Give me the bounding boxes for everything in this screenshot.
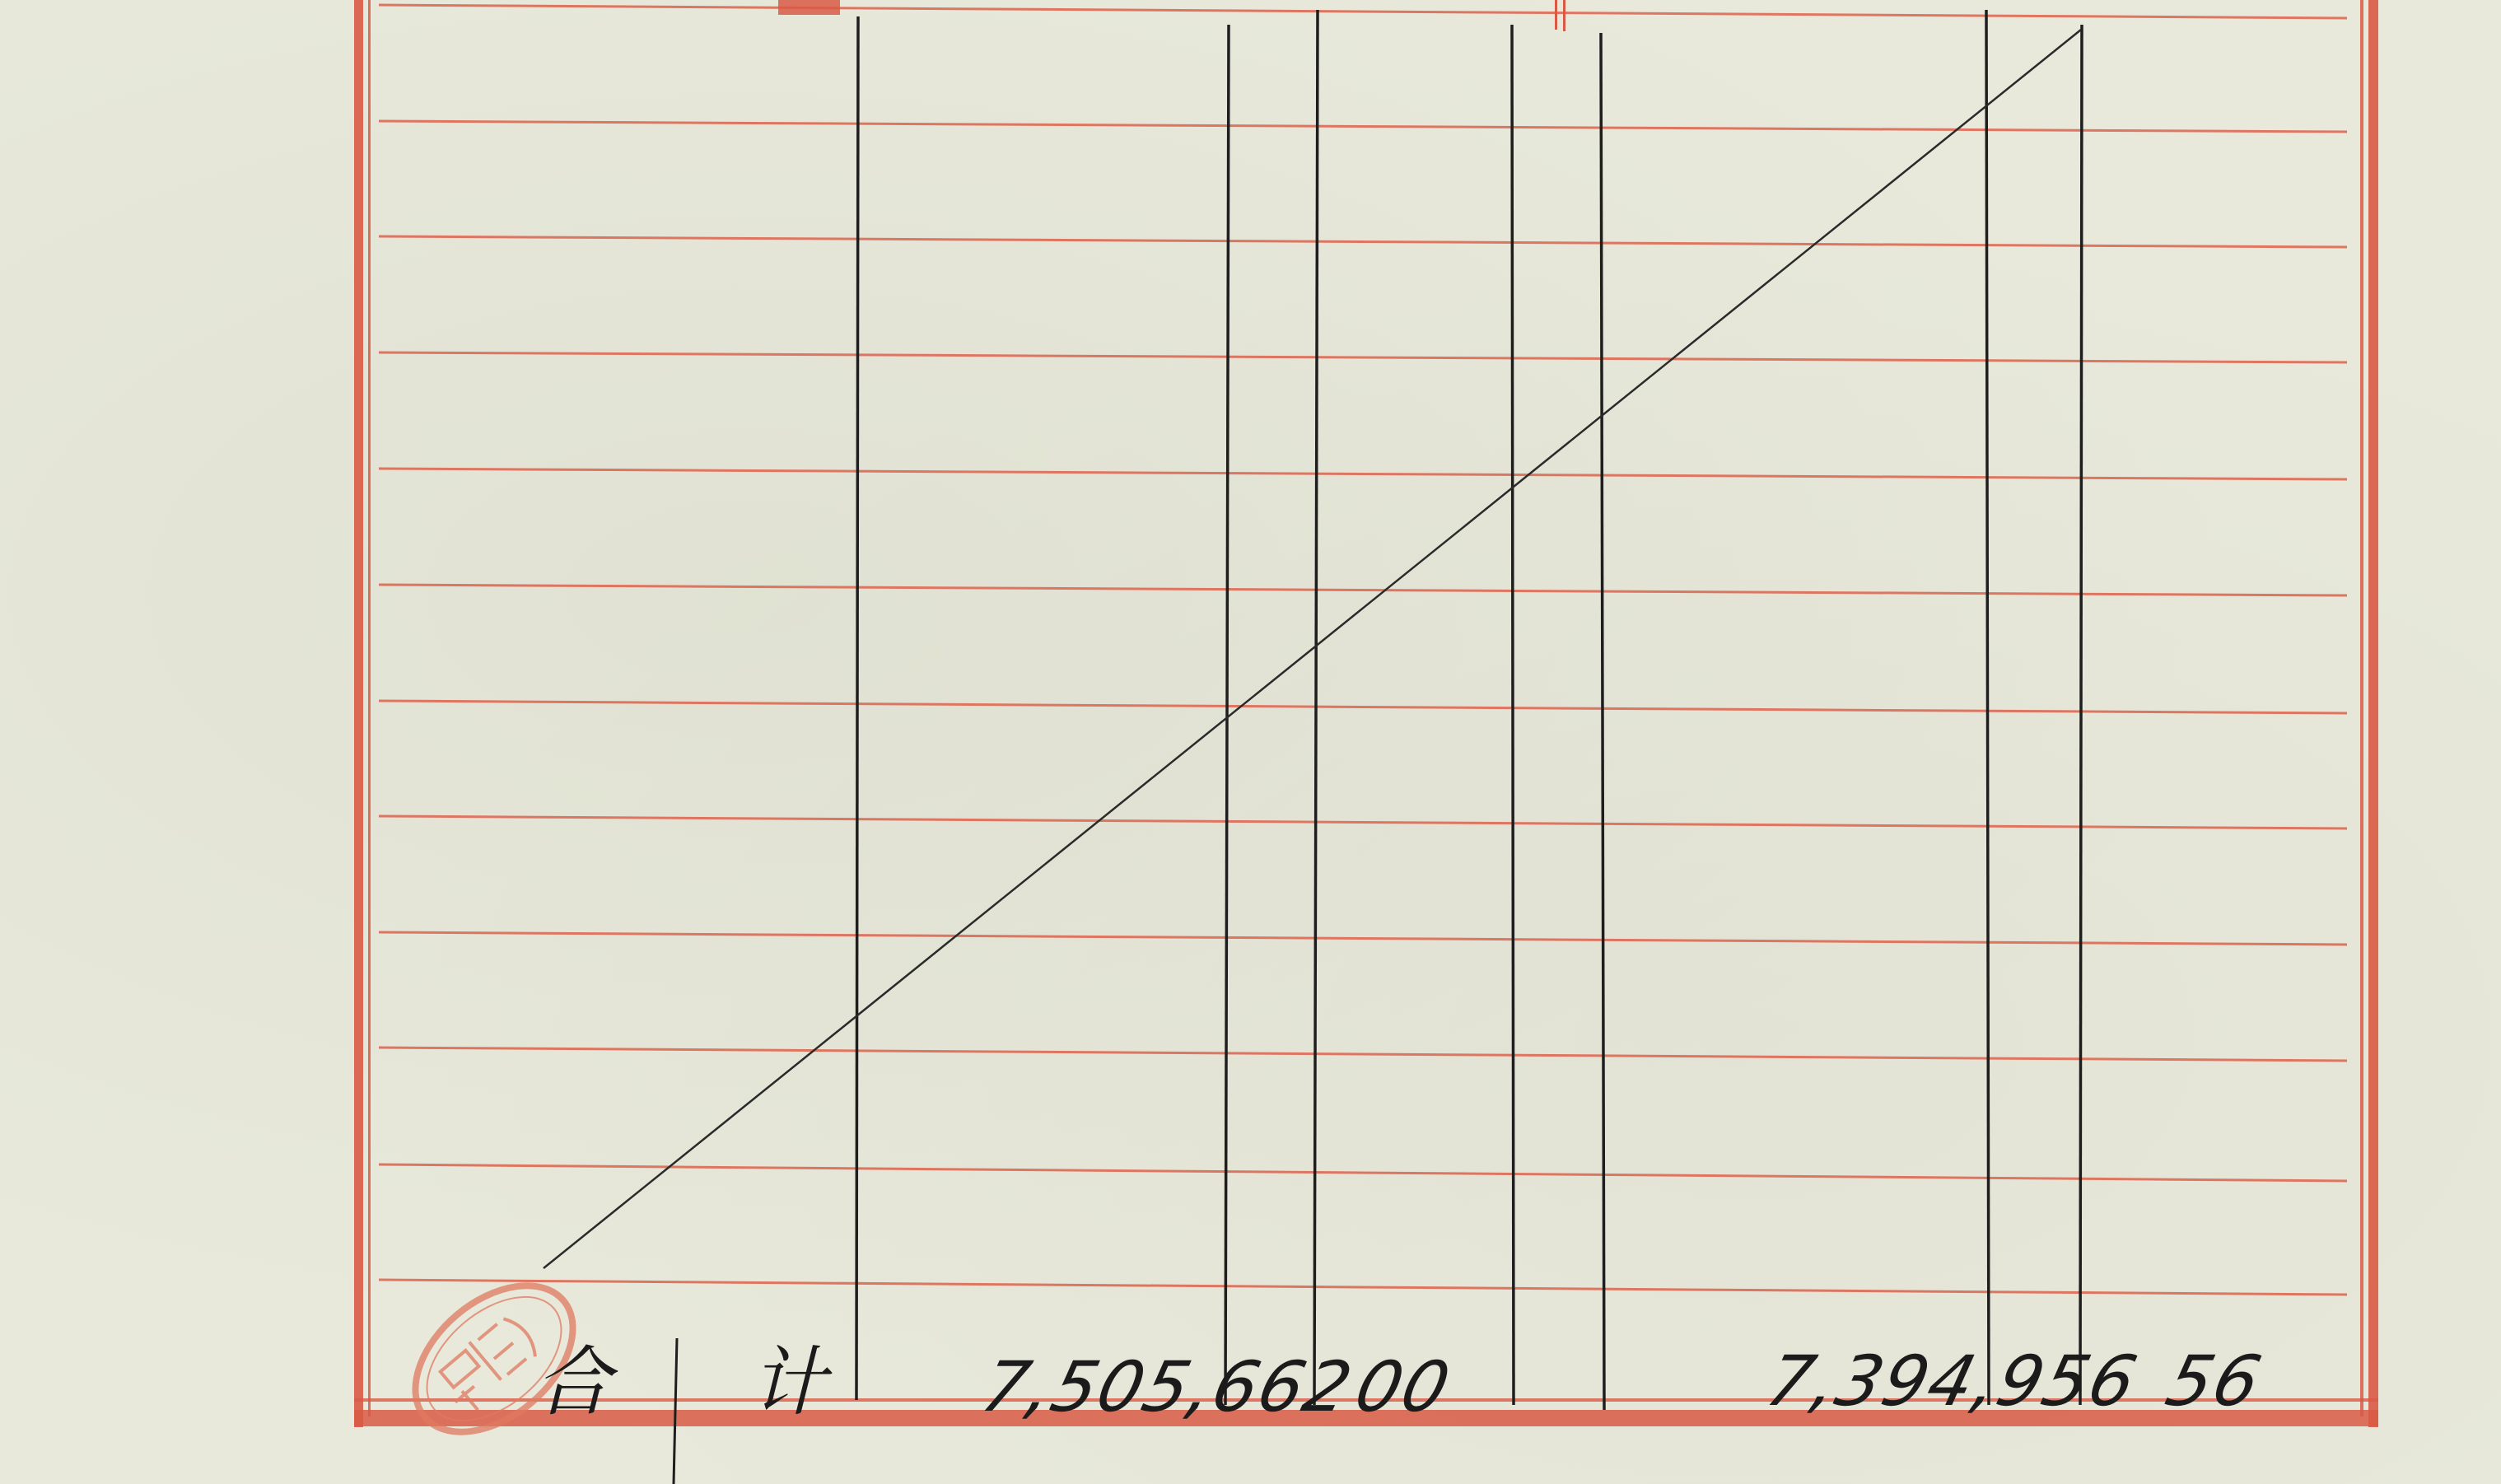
amount-1-integer: 7,505,662 xyxy=(974,1346,1361,1427)
total-row-label: 合 计 xyxy=(535,1322,884,1430)
amount-2-integer: 7,394,956 xyxy=(1759,1341,2146,1421)
row-rules xyxy=(379,5,2347,1295)
column-rules xyxy=(674,10,2082,1484)
total-amount-column-1: 7,505,66200 xyxy=(974,1346,1459,1427)
cancel-diagonal-stroke xyxy=(544,30,2081,1268)
ledger-ruling xyxy=(0,0,2501,1484)
total-amount-column-2: 7,394,95656 xyxy=(1759,1341,2270,1421)
frame-border xyxy=(354,0,2378,1427)
header-marks xyxy=(778,0,1565,31)
